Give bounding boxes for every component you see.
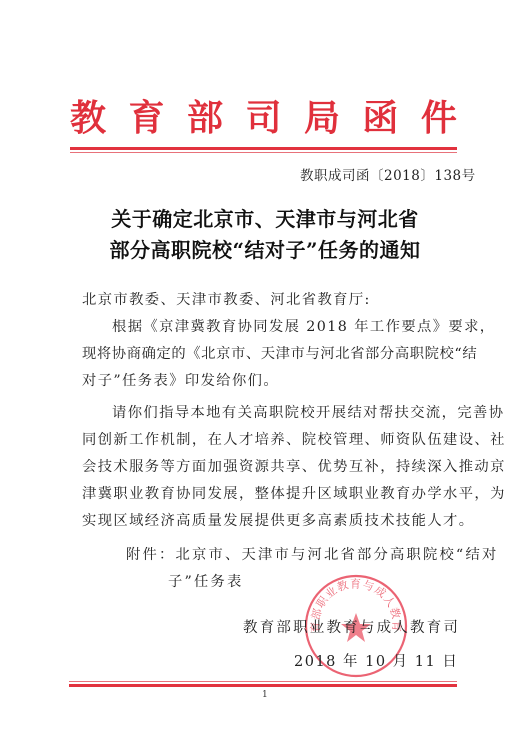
paragraph-2-line: 会技术服务等方面加强资源共享、优势互补，持续深入推动京 — [82, 456, 506, 476]
masthead-title: 教 育 部 司 局 函 件 — [70, 92, 457, 138]
paragraph-1-line: 现将协商确定的《北京市、天津市与河北省部分高职院校“结 — [82, 343, 477, 363]
masthead-char: 教 — [70, 90, 106, 141]
paragraph-2-line: 请你们指导本地有关高职院校开展结对帮扶交流，完善协 — [112, 402, 504, 422]
footer-rule-thin — [69, 681, 457, 682]
masthead-char: 部 — [187, 90, 223, 141]
recipients: 北京市教委、天津市教委、河北省教育厅: — [82, 289, 371, 309]
masthead-char: 局 — [304, 90, 340, 141]
header-rule-thick — [70, 147, 457, 150]
paragraph-1-line: 根据《京津冀教育协同发展 2018 年工作要点》要求， — [112, 316, 496, 336]
document-title-line-2: 部分高职院校“结对子”任务的通知 — [0, 234, 530, 263]
paragraph-2-line: 津冀职业教育协同发展，整体提升区域职业教育办学水平，为 — [82, 483, 506, 503]
masthead-char: 件 — [421, 90, 457, 141]
masthead-char: 育 — [128, 90, 164, 141]
page-number: 1 — [262, 690, 268, 700]
document-title-line-1: 关于确定北京市、天津市与河北省 — [0, 203, 530, 232]
signer: 教育部职业教育与成人教育司 — [243, 616, 460, 637]
footer-rule-thick — [69, 684, 457, 687]
masthead-char: 司 — [245, 90, 281, 141]
header-rule-thin — [70, 152, 457, 153]
document-number: 教职成司函〔2018〕138号 — [300, 164, 476, 184]
attachment-line: 子”任务表 — [168, 571, 244, 591]
paragraph-1-line: 对子”任务表》印发给你们。 — [82, 370, 279, 390]
issue-date: 2018 年 10 月 11 日 — [294, 650, 458, 671]
attachment-line: 附件：北京市、天津市与河北省部分高职院校“结对 — [126, 544, 498, 564]
masthead-char: 函 — [362, 90, 398, 141]
paragraph-2-line: 实现区域经济高质量发展提供更多高素质技术技能人才。 — [82, 510, 474, 530]
paragraph-2-line: 同创新工作机制，在人才培养、院校管理、师资队伍建设、社 — [82, 429, 506, 449]
